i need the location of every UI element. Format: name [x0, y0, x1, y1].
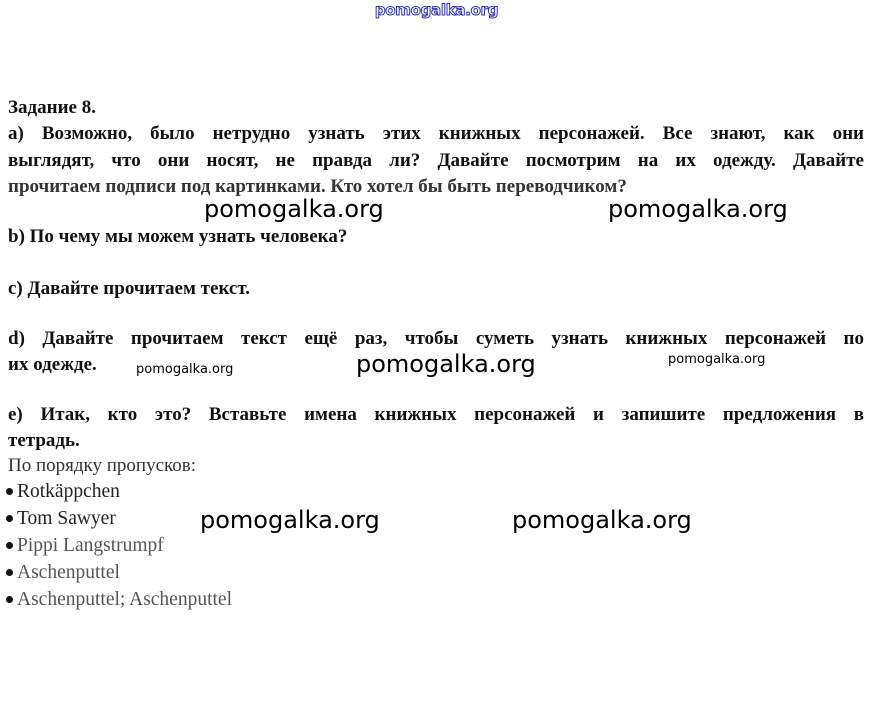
answer-intro: По порядку пропусков:: [8, 455, 196, 477]
watermark: pomogalka.org: [608, 195, 788, 223]
task-e-line-1: e) Итак, кто это? Вставьте имена книжных…: [8, 404, 864, 426]
watermark: pomogalka.org: [136, 362, 233, 377]
bullet-icon: [6, 569, 13, 576]
task-a-line-2: выглядят, что они носят, не правда ли? Д…: [8, 150, 864, 172]
watermark: pomogalka.org: [668, 352, 765, 367]
task-e-line-2: тетрадь.: [8, 430, 80, 452]
task-d-line-2: их одежде.: [8, 354, 97, 376]
answer-item: Tom Sawyer: [6, 507, 232, 534]
task-c: c) Давайте прочитаем текст.: [8, 278, 250, 300]
watermark: pomogalka.org: [204, 195, 384, 223]
task-b: b) По чему мы можем узнать человека?: [8, 226, 347, 248]
task-a-line-1: a) Возможно, было нетрудно узнать этих к…: [8, 123, 864, 145]
bullet-icon: [6, 596, 13, 603]
task-d-line-1: d) Давайте прочитаем текст ещё раз, чтоб…: [8, 328, 864, 350]
watermark: pomogalka.org: [200, 506, 380, 534]
answer-item: Aschenputtel; Aschenputtel: [6, 588, 232, 615]
bullet-icon: [6, 515, 13, 522]
watermark: pomogalka.org: [356, 350, 536, 378]
task-title: Задание 8.: [8, 97, 96, 119]
site-watermark-header: pomogalka.org: [0, 1, 873, 19]
bullet-icon: [6, 488, 13, 495]
document-page: pomogalka.org Задание 8. a) Возможно, бы…: [0, 0, 873, 706]
answer-item: Pippi Langstrumpf: [6, 534, 232, 561]
answer-item: Rotkäppchen: [6, 480, 232, 507]
answer-item: Aschenputtel: [6, 561, 232, 588]
answer-list: Rotkäppchen Tom Sawyer Pippi Langstrumpf…: [6, 480, 232, 615]
watermark: pomogalka.org: [512, 506, 692, 534]
bullet-icon: [6, 542, 13, 549]
